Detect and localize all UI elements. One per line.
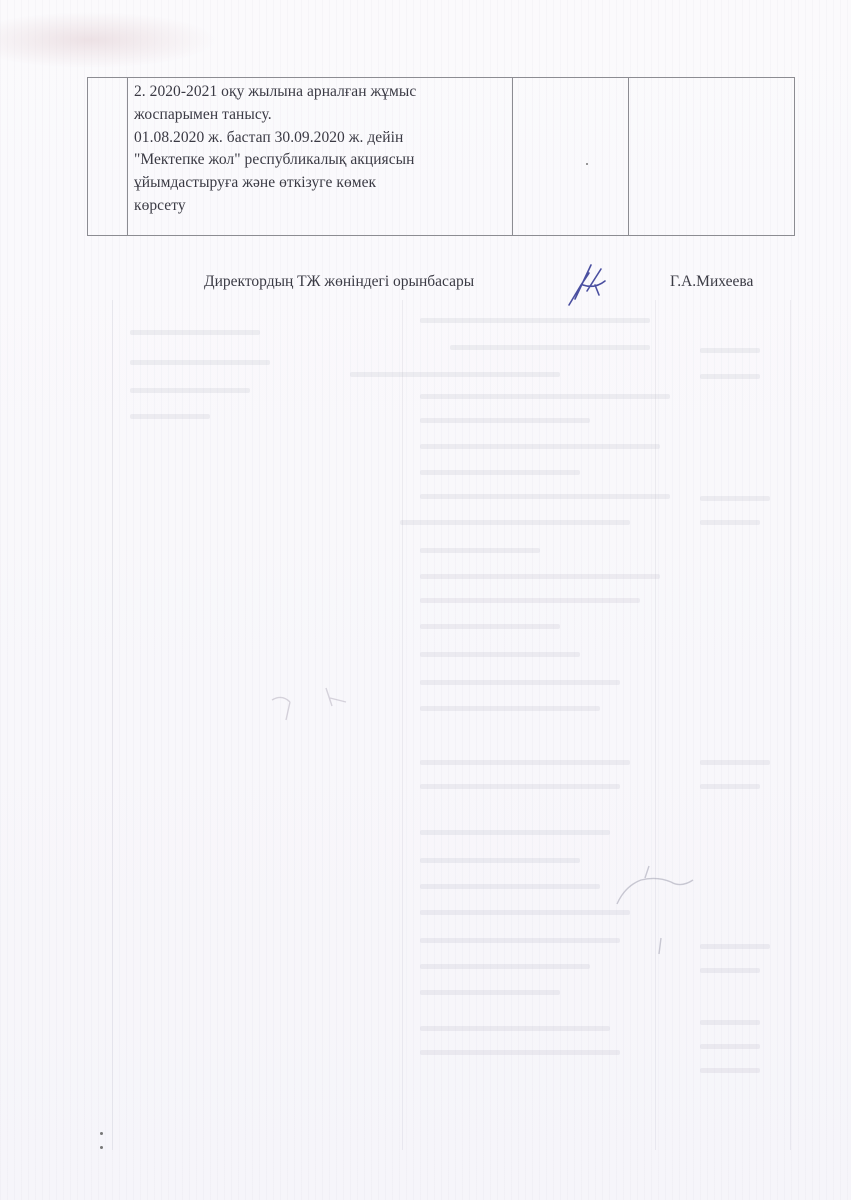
bleed-line (700, 784, 760, 789)
content-line: 01.08.2020 ж. бастап 30.09.2020 ж. дейін (134, 127, 506, 150)
faint-handwriting-mark (268, 680, 358, 740)
bleed-line (700, 760, 770, 765)
scan-speck (100, 1132, 103, 1135)
bleed-line (700, 944, 770, 949)
bleed-line (450, 345, 650, 350)
bleed-line (420, 990, 560, 995)
bleed-line (700, 496, 770, 501)
bleed-line (420, 1026, 610, 1031)
bleed-line (130, 330, 260, 335)
bleed-line (420, 652, 580, 657)
plan-table: 2. 2020-2021 оқу жылына арналған жұмыс ж… (87, 77, 795, 236)
bleed-rule (402, 300, 403, 1150)
bleed-rule (790, 300, 791, 1150)
bleed-line (420, 598, 640, 603)
bleed-line (700, 968, 760, 973)
content-line: 2. 2020-2021 оқу жылына арналған жұмыс (134, 81, 506, 104)
bleed-line (420, 444, 660, 449)
bleed-line (700, 520, 760, 525)
bleed-line (130, 360, 270, 365)
content-line: көрсету (134, 195, 506, 218)
bleed-line (350, 372, 560, 377)
bleed-line (400, 520, 630, 525)
bleed-line (700, 374, 760, 379)
signatory-position: Директордың ТЖ жөніндегі орынбасары (204, 273, 474, 291)
scan-speck (100, 1146, 103, 1149)
signature-block: Директордың ТЖ жөніндегі орынбасары Г.А.… (0, 273, 851, 303)
bleed-line (420, 418, 590, 423)
bleed-line (420, 624, 560, 629)
activity-content-cell: 2. 2020-2021 оқу жылына арналған жұмыс ж… (128, 78, 513, 235)
bleed-line (420, 760, 630, 765)
bleed-line (420, 574, 660, 579)
bleed-line (420, 830, 610, 835)
content-line: жоспарымен танысу. (134, 104, 506, 127)
bleed-line (420, 706, 600, 711)
bleed-line (130, 414, 210, 419)
bleed-line (420, 680, 620, 685)
bleed-line (420, 938, 620, 943)
bleed-line (420, 394, 670, 399)
bleed-line (420, 1050, 620, 1055)
faint-signature-mark (615, 858, 695, 958)
deadline-cell (513, 78, 629, 235)
bleed-line (420, 784, 620, 789)
bleed-line (700, 1044, 760, 1049)
bleed-line (130, 388, 250, 393)
bleed-line (700, 348, 760, 353)
bleed-line (420, 318, 650, 323)
scan-speck (586, 163, 588, 165)
bleed-line (420, 470, 580, 475)
content-line: ұйымдастыруға және өткізуге көмек (134, 172, 506, 195)
bleed-line (700, 1068, 760, 1073)
bleed-line (420, 858, 580, 863)
row-number-cell (88, 78, 128, 235)
signatory-name: Г.А.Михеева (670, 273, 753, 291)
bleed-rule (655, 300, 656, 1150)
content-line: "Мектепке жол" республикалық акциясын (134, 149, 506, 172)
bleed-line (700, 1020, 760, 1025)
bleed-line (420, 964, 590, 969)
bleed-line (420, 910, 630, 915)
bleed-rule (112, 300, 113, 1150)
bleed-line (420, 494, 670, 499)
bleed-line (420, 548, 540, 553)
responsible-cell (629, 78, 794, 235)
bleed-line (420, 884, 600, 889)
handwritten-signature-icon (565, 255, 610, 311)
